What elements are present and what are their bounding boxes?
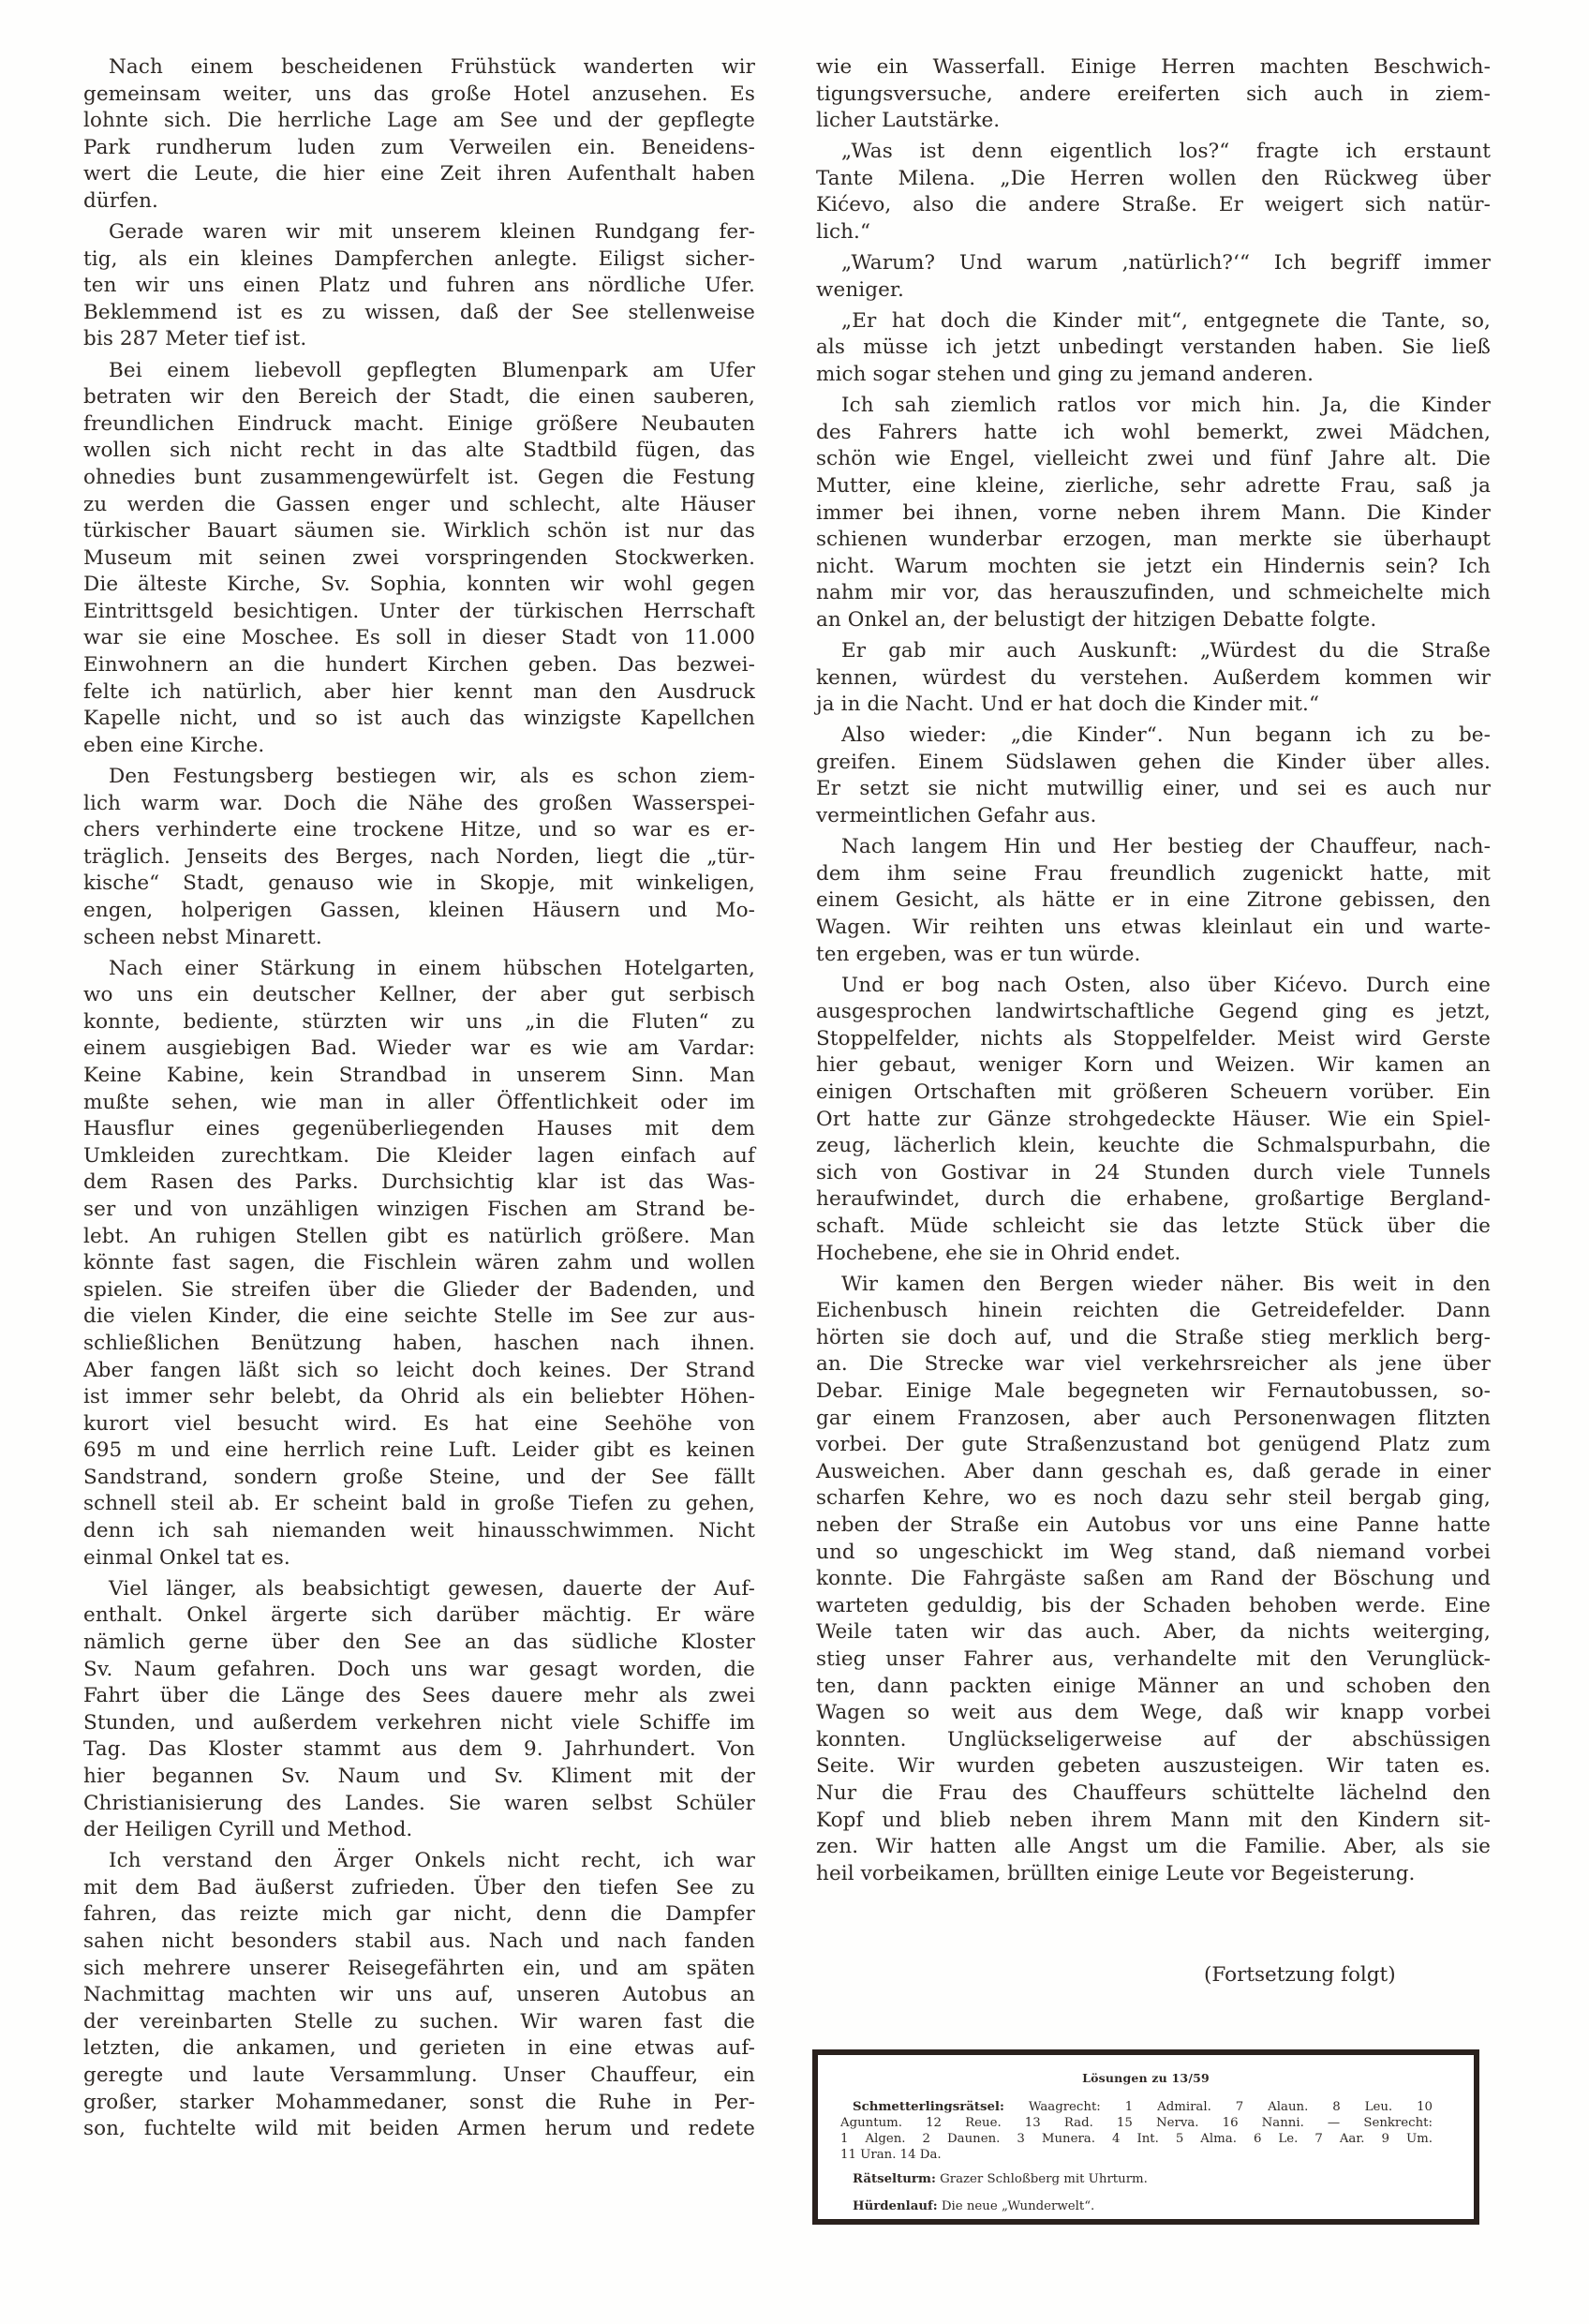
text-line: Ich sah ziemlich ratlos vor mich hin. Ja…: [816, 393, 1491, 420]
text-line: Gerade waren wir mit unserem kleinen Run…: [83, 219, 755, 246]
text-line: an. Die Strecke war viel verkehrsreicher…: [816, 1351, 1491, 1378]
text-line: einem Gesicht, als hätte er in eine Zitr…: [816, 887, 1491, 915]
text-line: Tag. Das Kloster stammt aus dem 9. Jahrh…: [83, 1736, 755, 1764]
text-line: kennen, würdest du verstehen. Außerdem k…: [816, 665, 1491, 693]
text-line: schön wie Engel, vielleicht zwei und fün…: [816, 446, 1491, 473]
text-line: Den Festungsberg bestiegen wir, als es s…: [83, 764, 755, 791]
text-line: Christianisierung des Landes. Sie waren …: [83, 1791, 755, 1818]
text-line: „Er hat doch die Kinder mit“, entgegnete…: [816, 308, 1491, 335]
text-line: schaft. Müde schleicht sie das letzte St…: [816, 1214, 1491, 1241]
magazine-page: Nach einem bescheidenen Frühstück wander…: [0, 0, 1589, 2324]
text-line: Eintrittsgeld besichtigen. Unter der tür…: [83, 599, 755, 626]
text-line: der Heiligen Cyrill und Method.: [83, 1817, 755, 1844]
text-line: tigungsversuche, andere ereiferten sich …: [816, 82, 1491, 109]
text-line: Park rundherum luden zum Verweilen ein. …: [83, 135, 755, 162]
solutions-title: Lösungen zu 13/59: [818, 2071, 1474, 2085]
text-line: kurort viel besucht wird. Es hat eine Se…: [83, 1411, 755, 1438]
text-line: mit dem Bad äußerst zufrieden. Über den …: [83, 1875, 755, 1902]
text-line: dem ihm seine Frau freundlich zugenickt …: [816, 861, 1491, 888]
text-line: vermeintlichen Gefahr aus.: [816, 803, 1491, 830]
text-line: Viel länger, als beabsichtigt gewesen, d…: [83, 1576, 755, 1603]
text-line: geregte und laute Versammlung. Unser Cha…: [83, 2063, 755, 2090]
text-line: son, fuchtelte wild mit beiden Armen her…: [83, 2116, 755, 2143]
text-line: ser und von unzähligen winzigen Fischen …: [83, 1197, 755, 1224]
text-line: könnte fast sagen, die Fischlein wären z…: [83, 1250, 755, 1277]
text-line: „Warum? Und warum ‚natürlich?‘“ Ich begr…: [816, 250, 1491, 277]
text-line: spielen. Sie streifen über die Glieder d…: [83, 1277, 755, 1304]
text-line: nahm mir vor, das herauszufinden, und sc…: [816, 580, 1491, 607]
text-line: betraten wir den Bereich der Stadt, die …: [83, 384, 755, 411]
text-line: Nach langem Hin und Her bestieg der Chau…: [816, 834, 1491, 861]
continuation-note: (Fortsetzung folgt): [1204, 1962, 1396, 1989]
text-line: schließlichen Benützung haben, haschen n…: [83, 1331, 755, 1358]
text-line: Seite. Wir wurden gebeten auszusteigen. …: [816, 1753, 1491, 1780]
text-line: nicht. Warum mochten sie jetzt ein Hinde…: [816, 554, 1491, 581]
text-line: Mutter, eine kleine, zierliche, sehr adr…: [816, 473, 1491, 500]
text-line: einem ausgiebigen Bad. Wieder war es wie…: [83, 1035, 755, 1063]
text-line: ten, dann packten einige Männer an und s…: [816, 1674, 1491, 1701]
text-line: scheen nebst Minarett.: [83, 925, 755, 952]
text-line: Kapelle nicht, und so ist auch das winzi…: [83, 706, 755, 733]
text-line: Debar. Einige Male begegneten wir Fernau…: [816, 1378, 1491, 1406]
text-line: licher Lautstärke.: [816, 108, 1491, 135]
text-line: felte ich natürlich, aber hier kennt man…: [83, 679, 755, 707]
text-line: gemeinsam weiter, uns das große Hotel an…: [83, 82, 755, 109]
text-line: hier gebaut, weniger Korn und Weizen. Wi…: [816, 1052, 1491, 1080]
text-line: wo uns ein deutscher Kellner, der aber g…: [83, 982, 755, 1009]
text-line: träglich. Jenseits des Berges, nach Nord…: [83, 844, 755, 871]
text-line: des Fahrers hatte ich wohl bemerkt, zwei…: [816, 420, 1491, 447]
paragraph: Bei einem liebevoll gepflegten Blumenpar…: [83, 358, 755, 760]
paragraph: „Er hat doch die Kinder mit“, entgegnete…: [816, 308, 1491, 389]
paragraph: Und er bog nach Osten, also über Kićevo.…: [816, 973, 1491, 1268]
text-line: Kićevo, also die andere Straße. Er weige…: [816, 192, 1491, 219]
text-line: Ich verstand den Ärger Onkels nicht rech…: [83, 1848, 755, 1875]
text-line: lebt. An ruhigen Stellen gibt es natürli…: [83, 1224, 755, 1251]
text-line: Eichenbusch hinein reichten die Getreide…: [816, 1298, 1491, 1325]
text-line: Sv. Naum gefahren. Doch uns war gesagt w…: [83, 1657, 755, 1684]
text-line: zu werden die Gassen enger und schlecht,…: [83, 492, 755, 519]
text-line: tig, als ein kleines Dampferchen anlegte…: [83, 246, 755, 274]
schmetterling-line-3: 1 Algen. 2 Daunen. 3 Munera. 4 Int. 5 Al…: [840, 2131, 1433, 2147]
huerdenlauf-line: Hürdenlauf: Die neue „Wunderwelt“.: [840, 2197, 1433, 2217]
paragraph: Nach einem bescheidenen Frühstück wander…: [83, 54, 755, 216]
text-line: denn ich sah niemanden weit hinausschwim…: [83, 1518, 755, 1545]
raetselturm-line: Rätselturm: Grazer Schloßberg mit Uhrtur…: [840, 2169, 1433, 2190]
text-line: Keine Kabine, kein Strandbad in unserem …: [83, 1063, 755, 1090]
text-line: schnell steil ab. Er scheint bald in gro…: [83, 1491, 755, 1518]
schmetterling-line-1: Schmetterlingsrätsel: Waagrecht: 1 Admir…: [840, 2099, 1433, 2115]
text-line: weniger.: [816, 277, 1491, 305]
text-line: Nachmittag machten wir uns auf, unseren …: [83, 1982, 755, 2009]
paragraph: Viel länger, als beabsichtigt gewesen, d…: [83, 1576, 755, 1844]
text-line: Wagen. Wir reihten uns etwas kleinlaut e…: [816, 915, 1491, 942]
text-line: Bei einem liebevoll gepflegten Blumenpar…: [83, 358, 755, 385]
schmetterling-line-4: 11 Uran. 14 Da.: [840, 2147, 1433, 2163]
text-line: freundlichen Eindruck macht. Einige größ…: [83, 411, 755, 439]
paragraph: Nach langem Hin und Her bestieg der Chau…: [816, 834, 1491, 968]
paragraph: Gerade waren wir mit unserem kleinen Run…: [83, 219, 755, 353]
paragraph: Also wieder: „die Kinder“. Nun begann ic…: [816, 723, 1491, 829]
text-line: mußte sehen, wie man in aller Öffentlich…: [83, 1090, 755, 1117]
text-line: an Onkel an, der belustigt der hitzigen …: [816, 607, 1491, 634]
text-line: wie ein Wasserfall. Einige Herren machte…: [816, 54, 1491, 82]
text-line: konnte, bediente, stürzten wir uns „in d…: [83, 1009, 755, 1036]
text-line: neben der Straße ein Autobus vor uns ein…: [816, 1512, 1491, 1540]
text-line: 695 m und eine herrlich reine Luft. Leid…: [83, 1438, 755, 1465]
text-line: Tante Milena. „Die Herren wollen den Rüc…: [816, 166, 1491, 193]
text-line: zeug, lächerlich klein, keuchte die Schm…: [816, 1133, 1491, 1160]
paragraph: „Was ist denn eigentlich los?“ fragte ic…: [816, 139, 1491, 246]
text-line: Also wieder: „die Kinder“. Nun begann ic…: [816, 723, 1491, 750]
text-line: ten wir uns einen Platz und fuhren ans n…: [83, 273, 755, 300]
paragraph: „Warum? Und warum ‚natürlich?‘“ Ich begr…: [816, 250, 1491, 304]
text-line: dem Rasen des Parks. Durchsichtig klar i…: [83, 1169, 755, 1197]
text-line: engen, holperigen Gassen, kleinen Häuser…: [83, 898, 755, 925]
text-line: lohnte sich. Die herrliche Lage am See u…: [83, 108, 755, 135]
text-line: Die älteste Kirche, Sv. Sophia, konnten …: [83, 572, 755, 599]
text-line: konnte. Die Fahrgäste saßen am Rand der …: [816, 1566, 1491, 1593]
text-line: wert die Leute, die hier eine Zeit ihren…: [83, 161, 755, 188]
text-line: bis 287 Meter tief ist.: [83, 326, 755, 353]
text-line: chers verhinderte eine trockene Hitze, u…: [83, 817, 755, 844]
text-line: Nach einer Stärkung in einem hübschen Ho…: [83, 956, 755, 983]
text-line: einigen Ortschaften mit größeren Scheuer…: [816, 1080, 1491, 1107]
schmetterling-label: Schmetterlingsrätsel:: [853, 2100, 1004, 2114]
text-line: einmal Onkel tat es.: [83, 1545, 755, 1572]
paragraph: Den Festungsberg bestiegen wir, als es s…: [83, 764, 755, 951]
text-line: warteten geduldig, bis der Schaden behob…: [816, 1593, 1491, 1620]
text-line: Hausflur eines gegenüberliegenden Hauses…: [83, 1116, 755, 1143]
text-line: sich von Gostivar in 24 Stunden durch vi…: [816, 1160, 1491, 1187]
text-line: Einwohnern an die hundert Kirchen geben.…: [83, 652, 755, 679]
text-line: stieg unser Fahrer aus, verhandelte mit …: [816, 1646, 1491, 1674]
text-line: dürfen.: [83, 188, 755, 216]
text-line: wollen sich nicht recht in das alte Stad…: [83, 438, 755, 465]
text-line: Und er bog nach Osten, also über Kićevo.…: [816, 973, 1491, 1000]
text-line: der vereinbarten Stelle zu suchen. Wir w…: [83, 2009, 755, 2036]
text-line: Er setzt sie nicht mutwillig einer, und …: [816, 776, 1491, 803]
text-line: ja in die Nacht. Und er hat doch die Kin…: [816, 692, 1491, 719]
text-line: Sandstrand, sondern große Steine, und de…: [83, 1465, 755, 1492]
text-line: „Was ist denn eigentlich los?“ fragte ic…: [816, 139, 1491, 166]
text-line: ohnedies bunt zusammengewürfelt ist. Geg…: [83, 465, 755, 492]
paragraph: Ich verstand den Ärger Onkels nicht rech…: [83, 1848, 755, 2143]
text-line: sich mehrere unserer Reisegefährten ein,…: [83, 1956, 755, 1983]
text-line: immer bei ihnen, vorne neben ihrem Mann.…: [816, 500, 1491, 528]
text-line: Umkleiden zurechtkam. Die Kleider lagen …: [83, 1143, 755, 1170]
text-line: sahen nicht besonders stabil aus. Nach u…: [83, 1929, 755, 1956]
schmetterling-line-2: Aguntum. 12 Reue. 13 Rad. 15 Nerva. 16 N…: [840, 2115, 1433, 2131]
text-line: schienen wunderbar erzogen, man merkte s…: [816, 527, 1491, 554]
text-line: die vielen Kinder, die eine seichte Stel…: [83, 1304, 755, 1331]
text-line: kische“ Stadt, genauso wie in Skopje, mi…: [83, 871, 755, 898]
solutions-box: Lösungen zu 13/59 Schmetterlingsrätsel: …: [812, 2049, 1479, 2225]
paragraph: wie ein Wasserfall. Einige Herren machte…: [816, 54, 1491, 135]
text-line: Hochebene, ehe sie in Ohrid endet.: [816, 1241, 1491, 1268]
text-line: als müsse ich jetzt unbedingt verstanden…: [816, 335, 1491, 362]
text-line: gar einem Franzosen, aber auch Personenw…: [816, 1406, 1491, 1433]
paragraph: Er gab mir auch Auskunft: „Würdest du di…: [816, 638, 1491, 719]
text-line: mich sogar stehen und ging zu jemand and…: [816, 362, 1491, 389]
text-line: Kopf und blieb neben ihrem Mann mit den …: [816, 1808, 1491, 1835]
text-line: Ausweichen. Aber dann geschah es, daß ge…: [816, 1459, 1491, 1486]
text-line: heraufwindet, durch die erhabene, großar…: [816, 1186, 1491, 1214]
text-line: Weile taten wir das auch. Aber, da nicht…: [816, 1619, 1491, 1646]
text-line: Wir kamen den Bergen wieder näher. Bis w…: [816, 1272, 1491, 1299]
text-line: zen. Wir hatten alle Angst um die Famili…: [816, 1834, 1491, 1861]
text-line: lich warm war. Doch die Nähe des großen …: [83, 791, 755, 818]
text-line: letzten, die ankamen, und gerieten in ei…: [83, 2035, 755, 2063]
text-line: großer, starker Mohammedaner, sonst die …: [83, 2090, 755, 2117]
text-line: ausgesprochen landwirtschaftliche Gegend…: [816, 999, 1491, 1026]
huerdenlauf-label: Hürdenlauf:: [853, 2199, 938, 2213]
text-line: war sie eine Moschee. Es soll in dieser …: [83, 625, 755, 652]
text-line: ist immer sehr belebt, da Ohrid als ein …: [83, 1384, 755, 1411]
text-line: Nach einem bescheidenen Frühstück wander…: [83, 54, 755, 82]
text-line: Stunden, und außerdem verkehren nicht vi…: [83, 1710, 755, 1737]
text-line: hörten sie doch auf, und die Straße stie…: [816, 1325, 1491, 1352]
text-line: scharfen Kehre, wo es noch dazu sehr ste…: [816, 1485, 1491, 1512]
text-line: Er gab mir auch Auskunft: „Würdest du di…: [816, 638, 1491, 665]
text-line: lich.“: [816, 219, 1491, 246]
text-line: hier begannen Sv. Naum und Sv. Kliment m…: [83, 1764, 755, 1791]
text-line: Aber fangen läßt sich so leicht doch kei…: [83, 1358, 755, 1385]
text-line: Fahrt über die Länge des Sees dauere meh…: [83, 1683, 755, 1710]
paragraph: Ich sah ziemlich ratlos vor mich hin. Ja…: [816, 393, 1491, 633]
text-line: fahren, das reizte mich gar nicht, denn …: [83, 1901, 755, 1929]
text-line: Stoppelfelder, nichts als Stoppelfelder.…: [816, 1026, 1491, 1053]
text-line: türkischer Bauart säumen sie. Wirklich s…: [83, 518, 755, 545]
paragraph: Nach einer Stärkung in einem hübschen Ho…: [83, 956, 755, 1572]
article-column-left: Nach einem bescheidenen Frühstück wander…: [83, 54, 755, 2147]
paragraph: Wir kamen den Bergen wieder näher. Bis w…: [816, 1272, 1491, 1888]
text-line: Wagen so weit aus dem Wege, daß wir knap…: [816, 1700, 1491, 1727]
text-line: eben eine Kirche.: [83, 733, 755, 760]
text-line: Beklemmend ist es zu wissen, daß der See…: [83, 300, 755, 327]
text-line: Ort hatte zur Gänze strohgedeckte Häuser…: [816, 1107, 1491, 1134]
text-line: Museum mit seinen zwei vorspringenden St…: [83, 545, 755, 573]
text-line: Nur die Frau des Chauffeurs schüttelte l…: [816, 1780, 1491, 1808]
text-line: konnten. Unglückseligerweise auf der abs…: [816, 1727, 1491, 1754]
solutions-body: Schmetterlingsrätsel: Waagrecht: 1 Admir…: [840, 2099, 1433, 2217]
text-line: ten ergeben, was er tun würde.: [816, 942, 1491, 969]
text-line: nämlich gerne über den See an das südlic…: [83, 1630, 755, 1657]
text-line: vorbei. Der gute Straßenzustand bot genü…: [816, 1432, 1491, 1459]
text-line: enthalt. Onkel ärgerte sich darüber mäch…: [83, 1602, 755, 1630]
text-line: heil vorbeikamen, brüllten einige Leute …: [816, 1861, 1491, 1888]
text-line: greifen. Einem Südslawen gehen die Kinde…: [816, 750, 1491, 777]
text-line: und so ungeschickt im Weg stand, daß nie…: [816, 1540, 1491, 1567]
article-column-right: wie ein Wasserfall. Einige Herren machte…: [816, 54, 1491, 1892]
raetselturm-label: Rätselturm:: [853, 2172, 936, 2186]
